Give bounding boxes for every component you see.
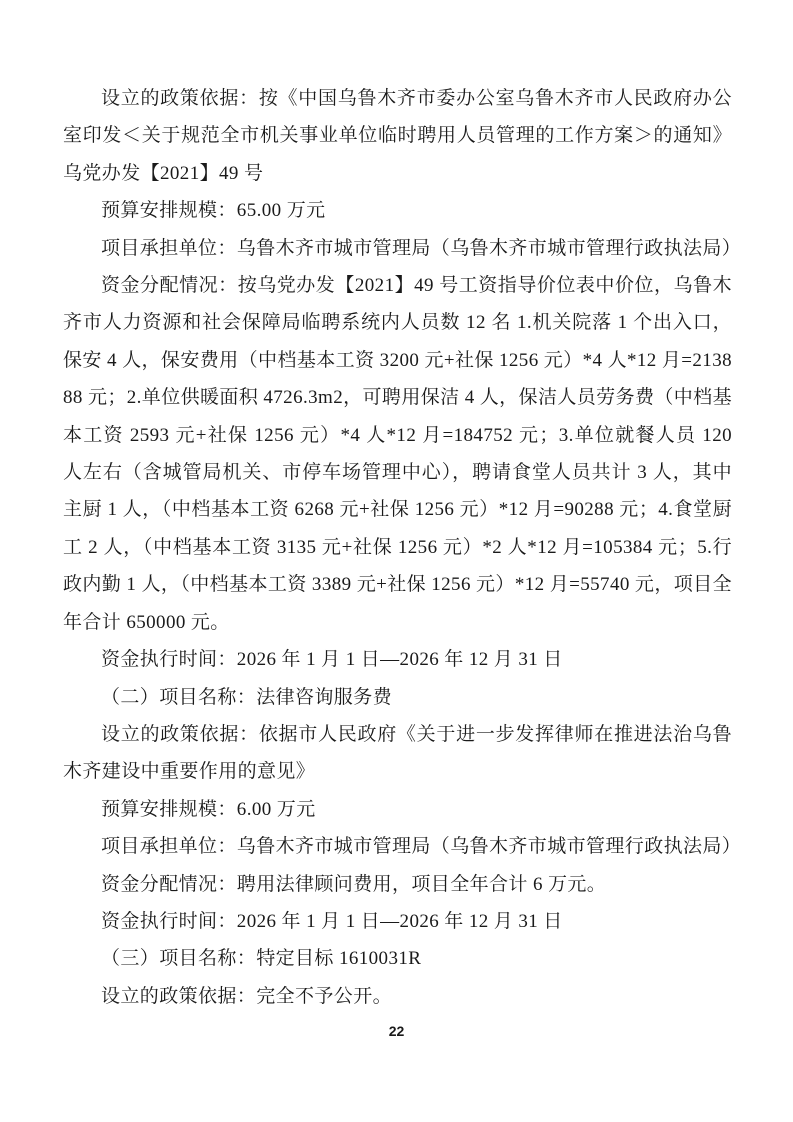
paragraph-undertaking-unit-1: 项目承担单位：乌鲁木齐市城市管理局（乌鲁木齐市城市管理行政执法局） — [63, 230, 732, 267]
paragraph-policy-basis-1: 设立的政策依据：按《中国乌鲁木齐市委办公室乌鲁木齐市人民政府办公室印发＜关于规范… — [63, 80, 732, 192]
document-page: 设立的政策依据：按《中国乌鲁木齐市委办公室乌鲁木齐市人民政府办公室印发＜关于规范… — [0, 0, 793, 1122]
page-number: 22 — [0, 1023, 793, 1039]
paragraph-budget-scale-1: 预算安排规模：65.00 万元 — [63, 192, 732, 229]
paragraph-budget-scale-2: 预算安排规模：6.00 万元 — [63, 791, 732, 828]
paragraph-fund-allocation-2: 资金分配情况：聘用法律顾问费用，项目全年合计 6 万元。 — [63, 866, 732, 903]
paragraph-policy-basis-2: 设立的政策依据：依据市人民政府《关于进一步发挥律师在推进法治乌鲁木齐建设中重要作… — [63, 716, 732, 791]
paragraph-project-name-2: （二）项目名称：法律咨询服务费 — [63, 679, 732, 716]
paragraph-execution-time-2: 资金执行时间：2026 年 1 月 1 日—2026 年 12 月 31 日 — [63, 903, 732, 940]
paragraph-execution-time-1: 资金执行时间：2026 年 1 月 1 日—2026 年 12 月 31 日 — [63, 641, 732, 678]
paragraph-policy-basis-3: 设立的政策依据：完全不予公开。 — [63, 978, 732, 1015]
document-body: 设立的政策依据：按《中国乌鲁木齐市委办公室乌鲁木齐市人民政府办公室印发＜关于规范… — [63, 80, 732, 1015]
paragraph-undertaking-unit-2: 项目承担单位：乌鲁木齐市城市管理局（乌鲁木齐市城市管理行政执法局） — [63, 828, 732, 865]
paragraph-fund-allocation-1: 资金分配情况：按乌党办发【2021】49 号工资指导价位表中价位，乌鲁木齐市人力… — [63, 267, 732, 641]
paragraph-project-name-3: （三）项目名称：特定目标 1610031R — [63, 940, 732, 977]
